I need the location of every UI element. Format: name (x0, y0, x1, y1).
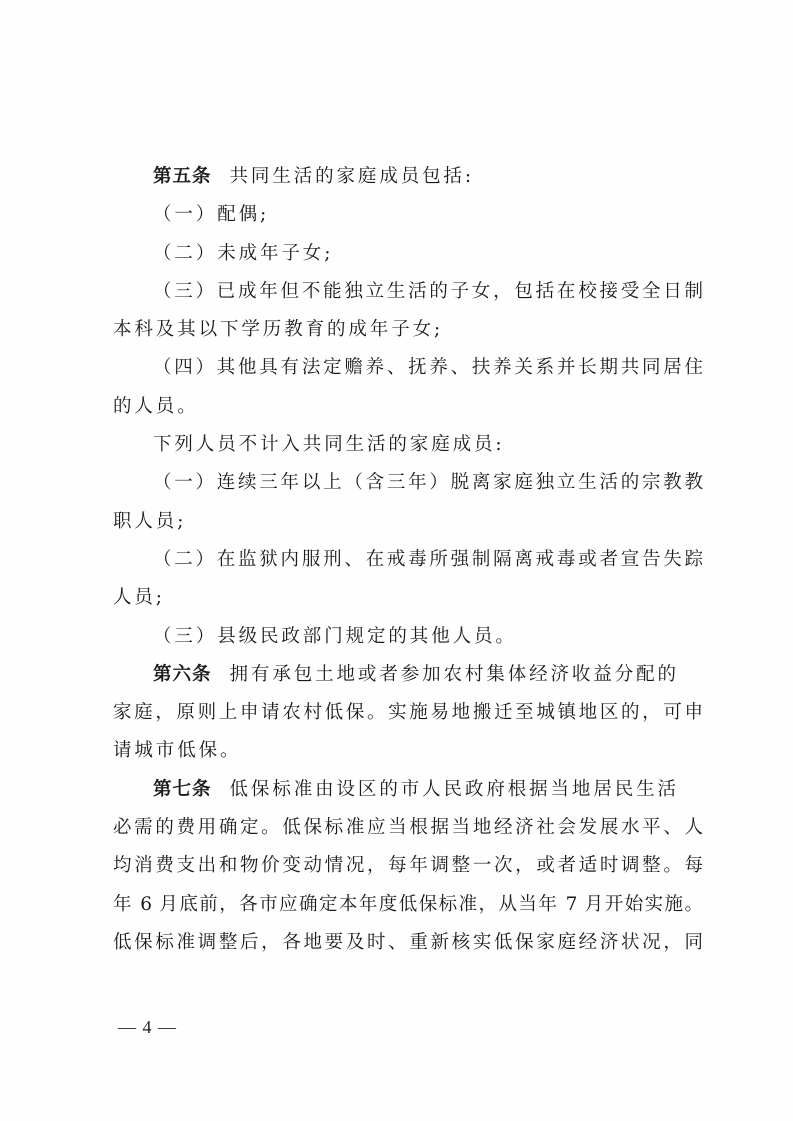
text-line: （二）在监狱内服刑、在戒毒所强制隔离戒毒或者宣告失踪 (113, 541, 703, 579)
document-page: 第五条共同生活的家庭成员包括: （一）配偶; （二）未成年子女; （三）已成年但… (0, 0, 793, 1121)
article-6-heading-line: 第六条拥有承包土地或者参加农村集体经济收益分配的 (113, 656, 703, 694)
text-line: 均消费支出和物价变动情况，每年调整一次，或者适时调整。每 (113, 847, 703, 885)
text-line: 的人员。 (113, 388, 703, 426)
article-5-heading-line: 第五条共同生活的家庭成员包括: (113, 158, 703, 196)
article-number: 第五条 (153, 166, 212, 187)
text-line: （二）未成年子女; (113, 235, 703, 273)
text-line: 低保标准调整后，各地要及时、重新核实低保家庭经济状况，同 (113, 924, 703, 962)
text-line: （四）其他具有法定赡养、抚养、扶养关系并长期共同居住 (113, 349, 703, 387)
text-line: 家庭，原则上申请农村低保。实施易地搬迁至城镇地区的，可申 (113, 694, 703, 732)
page-number: — 4 — (118, 1017, 177, 1038)
text-line: 人员; (113, 579, 703, 617)
line-text: 低保标准由设区的市人民政府根据当地居民生活 (230, 779, 679, 800)
text-line: 必需的费用确定。低保标准应当根据当地经济社会发展水平、人 (113, 809, 703, 847)
article-7-heading-line: 第七条低保标准由设区的市人民政府根据当地居民生活 (113, 771, 703, 809)
text-line: 下列人员不计入共同生活的家庭成员: (113, 426, 703, 464)
text-line: （三）已成年但不能独立生活的子女，包括在校接受全日制 (113, 273, 703, 311)
article-number: 第七条 (153, 779, 212, 800)
line-text: 共同生活的家庭成员包括: (230, 166, 475, 187)
text-line: 请城市低保。 (113, 732, 703, 770)
document-body: 第五条共同生活的家庭成员包括: （一）配偶; （二）未成年子女; （三）已成年但… (113, 158, 703, 962)
article-number: 第六条 (153, 664, 212, 685)
text-line: （三）县级民政部门规定的其他人员。 (113, 618, 703, 656)
text-line: （一）配偶; (113, 196, 703, 234)
line-text: 拥有承包土地或者参加农村集体经济收益分配的 (230, 664, 679, 685)
text-line: 年 6 月底前，各市应确定本年度低保标准，从当年 7 月开始实施。 (113, 886, 703, 924)
text-line: 本科及其以下学历教育的成年子女; (113, 311, 703, 349)
text-line: 职人员; (113, 503, 703, 541)
text-line: （一）连续三年以上（含三年）脱离家庭独立生活的宗教教 (113, 464, 703, 502)
